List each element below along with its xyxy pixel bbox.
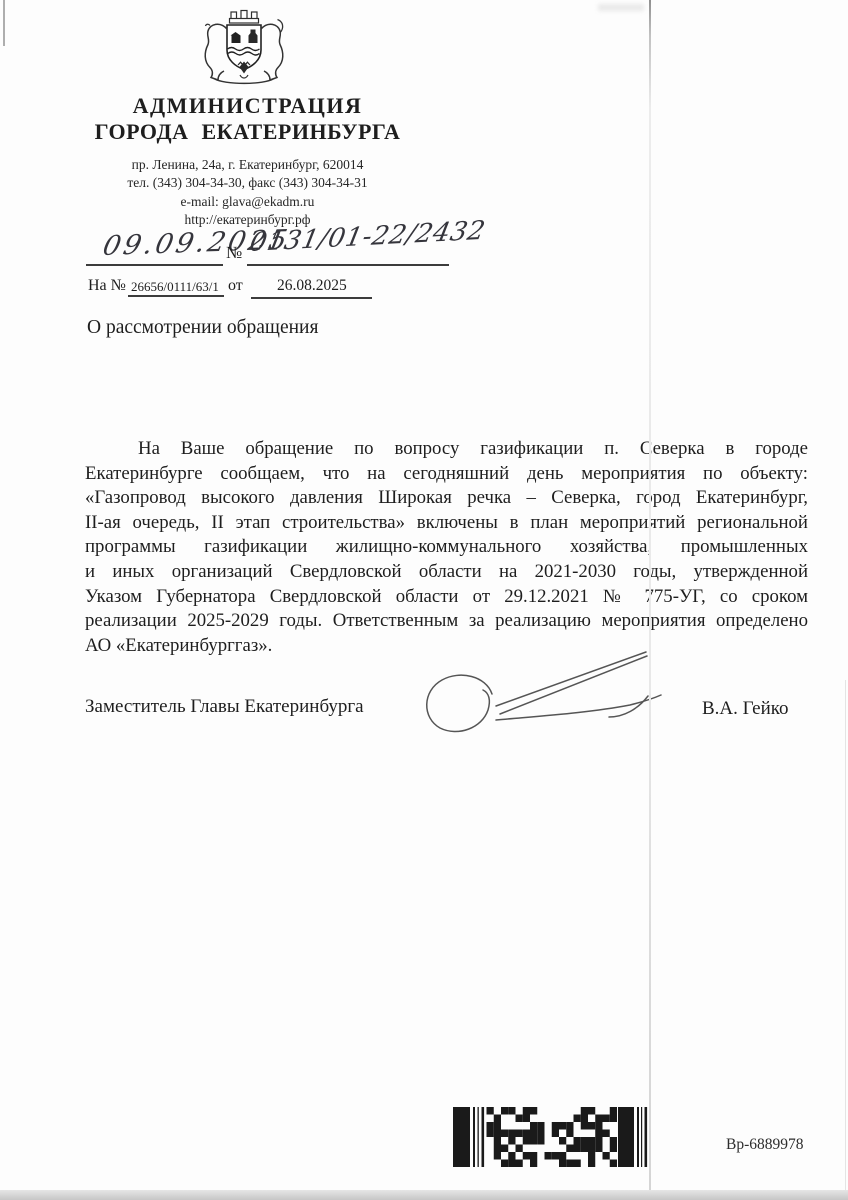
number-underline <box>247 264 449 266</box>
letterhead-phone-fax: тел. (343) 304-34-30, факс (343) 304-34-… <box>55 174 440 192</box>
body-line: и иных организаций Свердловской области … <box>85 560 808 585</box>
number-sign: № <box>226 243 242 263</box>
body-line: «Газопровод высокого давления Широкая ре… <box>85 486 808 511</box>
org-name-line2: ГОРОДА ЕКАТЕРИНБУРГА <box>55 119 440 145</box>
incoming-prefix: На № <box>88 277 126 295</box>
letter-body: На Ваше обращение по вопросу газификации… <box>85 437 808 658</box>
incoming-number-underline <box>128 295 224 297</box>
scan-bottom-shadow <box>0 1190 848 1200</box>
page-fold-line <box>649 0 651 1200</box>
body-line: Указом Губернатора Свердловской области … <box>85 585 808 610</box>
body-line: реализации 2025-2029 годы. Ответственным… <box>85 609 808 634</box>
incoming-date: 26.08.2025 <box>277 277 347 295</box>
org-name-line1: АДМИНИСТРАЦИЯ <box>55 93 440 119</box>
incoming-date-underline <box>251 297 372 299</box>
from-label: от <box>228 277 243 295</box>
subject-line: О рассмотрении обращения <box>87 317 318 339</box>
signer-position-title: Заместитель Главы Екатеринбурга <box>85 696 364 718</box>
letterhead-address: пр. Ленина, 24а, г. Екатеринбург, 620014 <box>55 156 440 174</box>
pdf417-barcode-icon <box>453 1107 654 1167</box>
body-line: Екатеринбурге сообщаем, что на сегодняшн… <box>85 462 808 487</box>
scanned-letter-page: АДМИНИСТРАЦИЯ ГОРОДА ЕКАТЕРИНБУРГА пр. Л… <box>0 0 848 1200</box>
yekaterinburg-coat-of-arms-icon <box>197 8 291 90</box>
body-line: II-ая очередь, II этап строительства» вк… <box>85 511 808 536</box>
body-line: На Ваше обращение по вопросу газификации… <box>85 437 808 462</box>
signer-name: В.А. Гейко <box>702 698 789 720</box>
scan-edge-artifact-right <box>845 680 846 1190</box>
letterhead-email: e-mail: glava@ekadm.ru <box>55 193 440 211</box>
date-underline <box>86 264 223 266</box>
body-line: программы газификации жилищно-коммунальн… <box>85 535 808 560</box>
letterhead-contacts: пр. Ленина, 24а, г. Екатеринбург, 620014… <box>55 156 440 230</box>
document-code: Вр-6889978 <box>726 1136 804 1154</box>
scan-smudge-artifact <box>598 4 644 11</box>
handwritten-signature-icon <box>380 644 665 739</box>
incoming-number: 26656/0111/63/1 <box>131 279 219 295</box>
scan-edge-artifact-left <box>3 0 5 46</box>
